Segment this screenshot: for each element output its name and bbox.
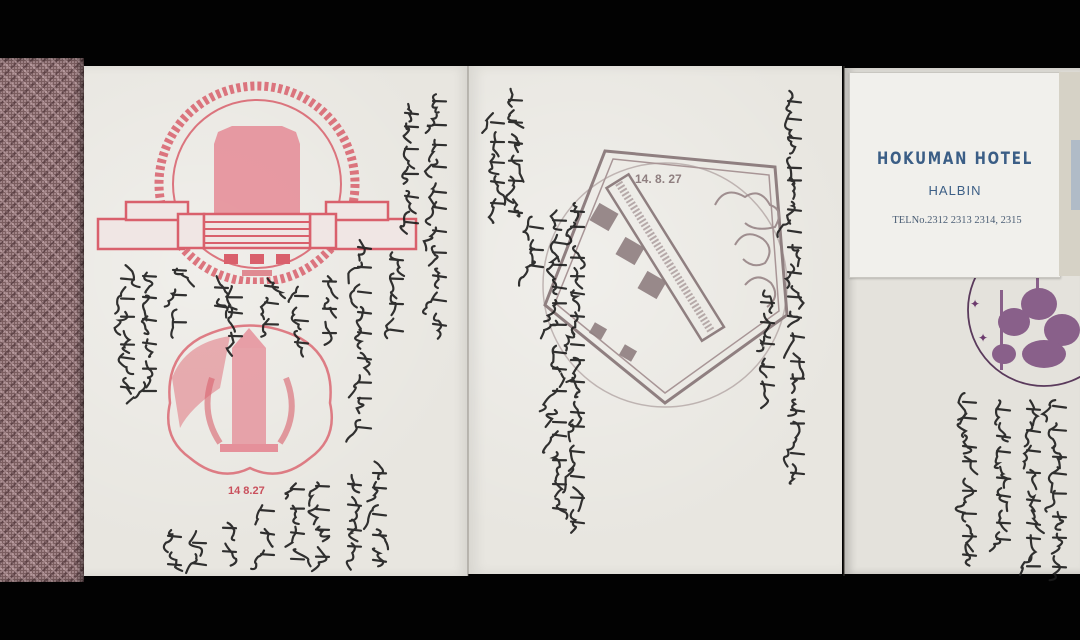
album-photo: 14 8.27 14. 8. 27 [0,0,1080,640]
handwritten-calligraphy [0,0,1080,640]
